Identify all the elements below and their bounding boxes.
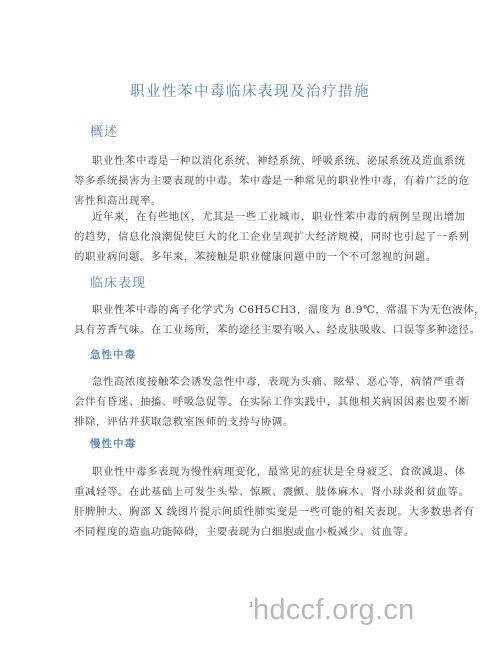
text-line: 会伴有昏迷、抽搐、呼吸急促等。在实际工作实践中，其他相关病因因素也要不断 [74, 392, 430, 412]
text-line: 的趋势，信息化浪潮促使巨大的化工企业呈现扩大经济规模，同时也引起了一系列 [74, 227, 430, 247]
text-line: 等多系统损害为主要表现的中毒。苯中毒是一种常见的职业性中毒，有着广泛的危 [74, 171, 430, 191]
paragraph-overview-1: 职业性苯中毒是一种以消化系统、神经系统、呼吸系统、泌尿系统及造血系统 等多系统损… [74, 151, 430, 211]
text-line: 职业性中毒多表现为慢性病理变化，最常见的症状是全身疲乏、食欲减退、体 [74, 462, 430, 482]
section-heading-overview: 概述 [90, 121, 118, 140]
text-line: 的职业病问题。多年来，苯接触是职业健康问题中的一个不可忽视的问题。 [74, 247, 430, 267]
text-line: 职业性苯中毒的离子化学式为 C6H5CH3，温度为 8.9℃，常温下为无色液体， [74, 300, 430, 320]
text-line: 肝脾肿大、胸部 X 线图片提示间质性肺实变是一些可能的相关表现。大多数患者有 [74, 502, 430, 522]
section-heading-clinical: 临床表现 [90, 272, 146, 291]
text-line: 排除，评估并获取急救室医师的支持与协调。 [74, 412, 430, 432]
section-heading-chronic: 慢性中毒 [90, 436, 136, 451]
paragraph-clinical: 职业性苯中毒的离子化学式为 C6H5CH3，温度为 8.9℃，常温下为无色液体，… [74, 300, 430, 340]
paragraph-chronic: 职业性中毒多表现为慢性病理变化，最常见的症状是全身疲乏、食欲减退、体 重减轻等。… [74, 462, 430, 542]
paragraph-overview-2: 近年来，在有些地区，尤其是一些工业城市，职业性苯中毒的病例呈现出增加 的趋势，信… [74, 207, 430, 267]
text-line: 近年来，在有些地区，尤其是一些工业城市，职业性苯中毒的病例呈现出增加 [74, 207, 430, 227]
paragraph-acute: 急性高浓度接触苯会诱发急性中毒，表现为头痛、眩晕、恶心等，病情严重者 会伴有昏迷… [74, 372, 430, 432]
watermark: hdccf.org.cn [253, 594, 415, 627]
text-line: 具有芳香气味。在工业场所，苯的途径主要有吸入、经皮肤吸收、口误等多种途径。 [74, 320, 430, 340]
document-title: 职业性苯中毒临床表现及治疗措施 [0, 80, 500, 101]
document-page: 职业性苯中毒临床表现及治疗措施 概述 职业性苯中毒是一种以消化系统、神经系统、呼… [0, 0, 500, 647]
section-heading-acute: 急性中毒 [90, 347, 136, 362]
text-line: 急性高浓度接触苯会诱发急性中毒，表现为头痛、眩晕、恶心等，病情严重者 [74, 372, 430, 392]
text-line: 重减轻等。在此基础上可发生头晕、惊厥、震颤、肢体麻木、肾小球炎和贫血等。 [74, 482, 430, 502]
text-line: 职业性苯中毒是一种以消化系统、神经系统、呼吸系统、泌尿系统及造血系统 [74, 151, 430, 171]
text-line: 不同程度的造血功能障碍，主要表现为白细胞或血小板减少、贫血等。 [74, 522, 430, 542]
